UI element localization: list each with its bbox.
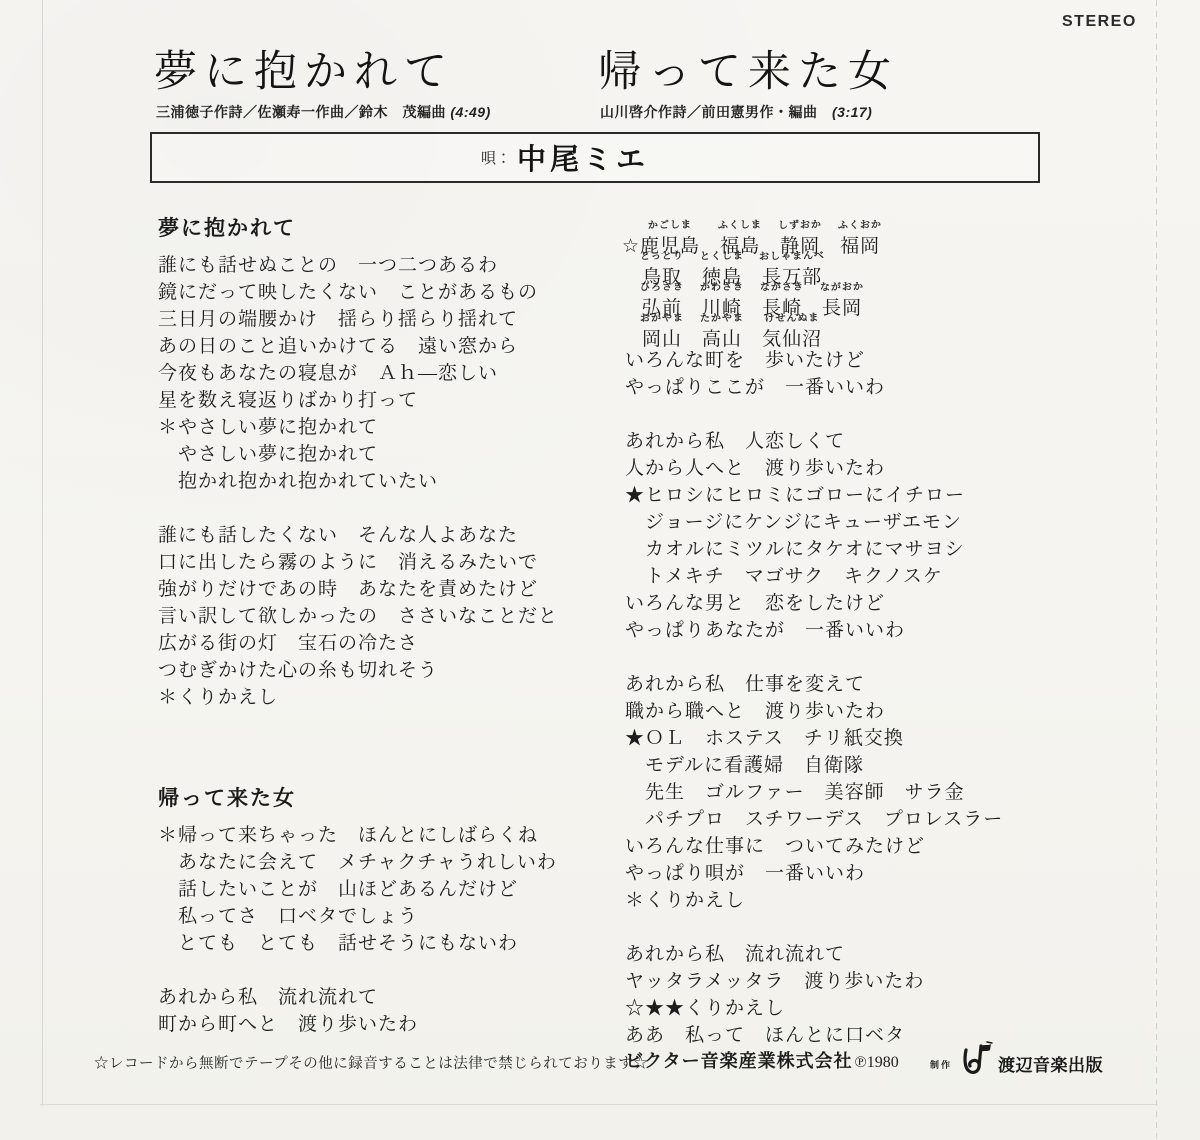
song-duration: (4:49)	[450, 104, 490, 120]
lyric-line: やっぱりここが 一番いいわ	[625, 374, 1105, 401]
furigana-annotation: けせんぬま	[764, 314, 819, 325]
furigana-annotation: ながさき	[760, 283, 804, 294]
singer-box: 唄： 中尾ミエ	[150, 132, 1040, 183]
company-name: ビクター音楽産業株式会社	[625, 1047, 853, 1073]
lyric-line	[625, 401, 1105, 428]
lyric-line: ☆★★くりかえし	[625, 995, 1105, 1022]
lyrics-block-song2-right: いろんな町を 歩いたけどやっぱりここが 一番いいわ あれから私 人恋しくて人から…	[625, 347, 1105, 1049]
lyric-line: 話したいことが 山ほどあるんだけど	[158, 876, 628, 903]
lyric-line	[158, 957, 628, 984]
city-names-with-furigana: ☆かごしま鹿児島 ふくしま福島 しずおか静岡 ふくおか福岡 とっとり鳥取 とくし…	[622, 231, 1102, 355]
lyrics-heading-song2: 帰って来た女	[158, 782, 296, 812]
lyric-line: つむぎかけた心の糸も切れそう	[158, 657, 628, 684]
sleeve-fold-line-bottom	[40, 1104, 1158, 1105]
lyric-line: 抱かれ抱かれ抱かれていたい	[158, 468, 628, 495]
furigana-annotation: しずおか	[778, 221, 822, 232]
lyric-line: 鏡にだって映したくない ことがあるもの	[158, 279, 628, 306]
song-title-side-b: 帰って来た女	[598, 38, 898, 99]
city-row: ☆かごしま鹿児島 ふくしま福島 しずおか静岡 ふくおか福岡	[622, 231, 1102, 262]
song-title-side-a: 夢に抱かれて	[154, 38, 454, 99]
song-duration: (3:17)	[832, 104, 872, 120]
lyric-line: あれから私 流れ流れて	[625, 941, 1105, 968]
lyric-line	[625, 914, 1105, 941]
lyric-line: あれから私 人恋しくて	[625, 428, 1105, 455]
singer-inner: 唄： 中尾ミエ	[481, 137, 649, 178]
song-credits-side-a: 三浦徳子作詩／佐瀬寿一作曲／鈴木 茂編曲 (4:49)	[156, 102, 491, 122]
lyric-line: やっぱり唄が 一番いいわ	[625, 860, 1105, 887]
lyric-line	[158, 495, 628, 522]
lyric-line: 私ってさ 口ベタでしょう	[158, 903, 628, 930]
furigana-annotation: とくしま	[700, 252, 744, 263]
lyric-line: やっぱりあなたが 一番いいわ	[625, 617, 1105, 644]
lyric-line: あれから私 流れ流れて	[158, 984, 628, 1011]
singer-name: 中尾ミエ	[517, 137, 649, 178]
lyric-line: 人から人へと 渡り歩いたわ	[625, 455, 1105, 482]
lyric-line: 町から町へと 渡り歩いたわ	[158, 1011, 628, 1038]
lyric-line: 強がりだけであの時 あなたを責めたけど	[158, 576, 628, 603]
production-label: 制作	[930, 1058, 952, 1071]
lyric-line: 誰にも話したくない そんな人よあなた	[158, 522, 628, 549]
lyric-line: 口に出したら霧のように 消えるみたいで	[158, 549, 628, 576]
phonogram-year: ℗1980	[855, 1054, 899, 1072]
lyric-line: 三日月の端腰かけ 揺らり揺らり揺れて	[158, 306, 628, 333]
lyric-line: あの日のこと追いかけてる 遠い窓から	[158, 333, 628, 360]
furigana-annotation: ふくしま	[718, 221, 762, 232]
watanabe-music-logo-icon	[960, 1040, 994, 1078]
lyric-line: ジョージにケンジにキューザエモン	[625, 509, 1105, 536]
city-row: ひろさき弘前 かわさき川崎 ながさき長崎 ながおか長岡	[622, 293, 1102, 324]
credits-text: 三浦徳子作詩／佐瀬寿一作曲／鈴木 茂編曲	[156, 104, 450, 120]
city-name: ふくおか福岡	[840, 231, 880, 262]
furigana-annotation: かごしま	[648, 221, 692, 232]
lyric-sheet: STEREO 夢に抱かれて 帰って来た女 三浦徳子作詩／佐瀬寿一作曲／鈴木 茂編…	[0, 0, 1200, 1140]
lyrics-heading-song1: 夢に抱かれて	[158, 212, 296, 242]
sleeve-fold-line-right	[1156, 0, 1157, 1140]
lyric-line: ★ＯＬ ホステス チリ紙交換	[625, 725, 1105, 752]
lyrics-block-song1: 誰にも話せぬことの 一つ二つあるわ鏡にだって映したくない ことがあるもの三日月の…	[158, 252, 628, 711]
lyric-line: 星を数え寝返りばかり打って	[158, 387, 628, 414]
lyric-line: 職から職へと 渡り歩いたわ	[625, 698, 1105, 725]
lyric-line: 今夜もあなたの寝息が Ａｈ―恋しい	[158, 360, 628, 387]
lyrics-block-song2: ＊帰って来ちゃった ほんとにしばらくね あなたに会えて メチャクチャうれしいわ …	[158, 822, 628, 1038]
furigana-annotation: かわさき	[700, 283, 744, 294]
furigana-annotation: たかやま	[700, 314, 744, 325]
lyric-line: ＊やさしい夢に抱かれて	[158, 414, 628, 441]
city-name: ながおか長岡	[822, 293, 862, 324]
publisher-name: 渡辺音楽出版	[998, 1051, 1103, 1076]
furigana-annotation: ふくおか	[838, 221, 882, 232]
publisher-block: 制作 渡辺音楽出版	[930, 1040, 1103, 1078]
lyric-line: パチプロ スチワーデス プロレスラー	[625, 806, 1105, 833]
credits-text: 山川啓介作詩／前田憲男作・編曲	[600, 104, 832, 120]
lyric-line: あれから私 仕事を変えて	[625, 671, 1105, 698]
furigana-annotation: おかやま	[640, 314, 684, 325]
lyric-line: モデルに看護婦 自衛隊	[625, 752, 1105, 779]
sleeve-fold-line-left	[42, 0, 43, 1106]
lyric-line: ＊くりかえし	[625, 887, 1105, 914]
lyric-line: ★ヒロシにヒロミにゴローにイチロー	[625, 482, 1105, 509]
lyric-line: 誰にも話せぬことの 一つ二つあるわ	[158, 252, 628, 279]
lyric-line: 先生 ゴルファー 美容師 サラ金	[625, 779, 1105, 806]
lyric-line: ＊帰って来ちゃった ほんとにしばらくね	[158, 822, 628, 849]
lyric-line: やさしい夢に抱かれて	[158, 441, 628, 468]
lyric-line: いろんな仕事に ついてみたけど	[625, 833, 1105, 860]
copyright-notice: ☆レコードから無断でテープその他に録音することは法律で禁じられております☆	[94, 1052, 648, 1073]
lyric-line: とても とても 話せそうにもないわ	[158, 930, 628, 957]
lyric-line: 言い訳して欲しかったの ささいなことだと	[158, 603, 628, 630]
furigana-annotation: ながおか	[820, 283, 864, 294]
lyric-line: ＊くりかえし	[158, 684, 628, 711]
furigana-annotation: おしゃまんべ	[759, 251, 825, 262]
song-credits-side-b: 山川啓介作詩／前田憲男作・編曲 (3:17)	[600, 102, 872, 122]
lyric-line: ヤッタラメッタラ 渡り歩いたわ	[625, 968, 1105, 995]
lyric-line: 広がる街の灯 宝石の冷たさ	[158, 630, 628, 657]
lyric-line: あなたに会えて メチャクチャうれしいわ	[158, 849, 628, 876]
record-company: ビクター音楽産業株式会社 ℗1980	[625, 1047, 899, 1073]
lyric-line: トメキチ マゴサク キクノスケ	[625, 563, 1105, 590]
stereo-label: STEREO	[1062, 13, 1137, 31]
lyric-line: カオルにミツルにタケオにマサヨシ	[625, 536, 1105, 563]
lyric-line	[625, 644, 1105, 671]
furigana-annotation: ひろさき	[640, 283, 684, 294]
lyric-line: いろんな男と 恋をしたけど	[625, 590, 1105, 617]
furigana-annotation: とっとり	[640, 252, 684, 263]
lyric-line: いろんな町を 歩いたけど	[625, 347, 1105, 374]
singer-label: 唄：	[481, 147, 511, 168]
